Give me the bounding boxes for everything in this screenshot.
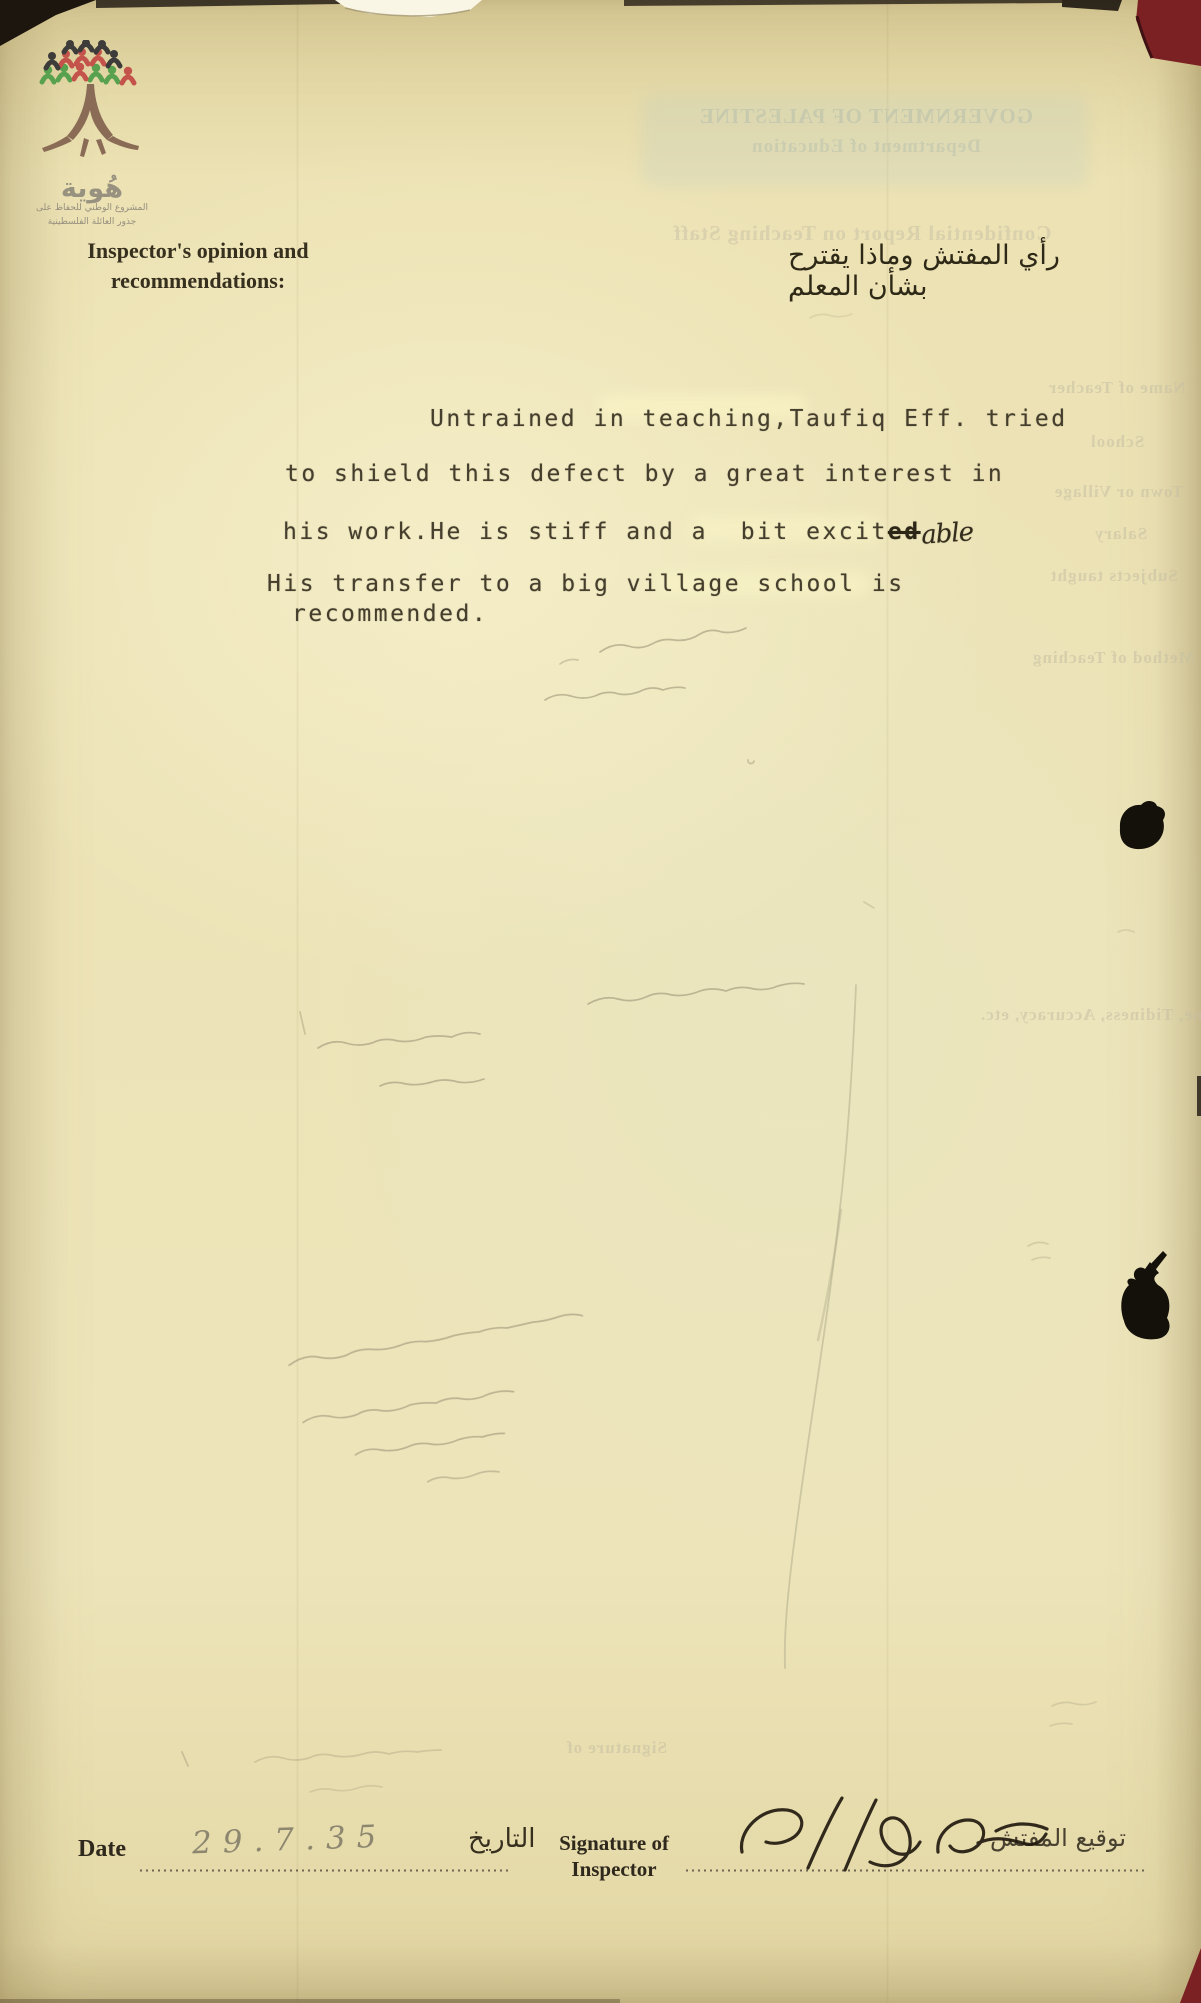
bleedthrough-department-line: Department of Education bbox=[670, 136, 1062, 158]
signature-of-inspector-label: Signature of Inspector bbox=[546, 1830, 682, 1883]
signature-dotted-line bbox=[684, 1869, 1148, 1872]
inspectors-opinion-label-arabic: رأي المفتش وماذا يقترح بشأن المعلم bbox=[788, 240, 1118, 302]
date-dotted-line bbox=[138, 1869, 510, 1872]
date-label: Date bbox=[78, 1836, 126, 1863]
logo-tagline-line2: جذور العائلة الفلسطينية bbox=[48, 217, 137, 227]
bleedthrough-field-label: Town or Village bbox=[1054, 482, 1183, 502]
paper-crease bbox=[785, 985, 856, 1668]
signature-label-line1: Signature of bbox=[559, 1831, 669, 1855]
handwritten-date: 29.7.35 bbox=[191, 1819, 387, 1862]
typed-note-line: Untrained in teaching,Taufiq Eff. tried bbox=[430, 406, 1068, 432]
inspectors-opinion-line2: recommendations: bbox=[111, 268, 285, 293]
huwiyya-archive-logo: هُوية المشروع الوطني للحفاظ على جذور الع… bbox=[34, 40, 150, 229]
logo-tagline-line1: المشروع الوطني للحفاظ على bbox=[36, 203, 148, 213]
inspectors-opinion-line1: Inspector's opinion and bbox=[87, 238, 308, 263]
ink-blot bbox=[1121, 1251, 1169, 1339]
inspectors-opinion-label: Inspector's opinion and recommendations: bbox=[62, 236, 334, 295]
typed-note-line: to shield this defect by a great interes… bbox=[285, 461, 1004, 487]
handwritten-correction: able bbox=[920, 517, 974, 551]
ink-blot bbox=[1120, 801, 1165, 849]
bleedthrough-field-label: Discipline, Tidiness, Accuracy, etc. bbox=[980, 1005, 1201, 1025]
family-tree-logo-icon bbox=[34, 40, 150, 170]
signature-label-arabic: توقيع المفتش bbox=[990, 1824, 1126, 1852]
bleedthrough-field-label: Method of Teaching bbox=[1032, 648, 1195, 668]
struck-out-text: ed bbox=[888, 519, 921, 545]
typed-note-line: his work.He is stiff and a bit excitedab… bbox=[283, 516, 972, 546]
bleedthrough-field-label: Subjects taught bbox=[1050, 566, 1178, 586]
bleedthrough-field-label: School bbox=[1090, 432, 1144, 452]
bleedthrough-field-label: Signature of bbox=[566, 1738, 667, 1758]
date-label-arabic: التاريخ bbox=[468, 1824, 536, 1854]
typed-note-line: His transfer to a big village school is bbox=[267, 571, 905, 597]
bleedthrough-field-label: Salary bbox=[1094, 524, 1147, 544]
scanned-document-page: GOVERNMENT OF PALESTINE Department of Ed… bbox=[0, 0, 1201, 2003]
logo-wordmark: هُوية bbox=[34, 175, 150, 202]
typed-note-line3-text: his work.He is stiff and a bit excit bbox=[283, 519, 888, 545]
signature-label-line2: Inspector bbox=[571, 1857, 656, 1881]
typed-note-line: recommended. bbox=[292, 601, 488, 627]
bleedthrough-field-label: Name of Teacher bbox=[1048, 378, 1186, 398]
bleedthrough-government-title: GOVERNMENT OF PALESTINE bbox=[648, 104, 1084, 129]
paper-fold-line bbox=[296, 0, 299, 2003]
